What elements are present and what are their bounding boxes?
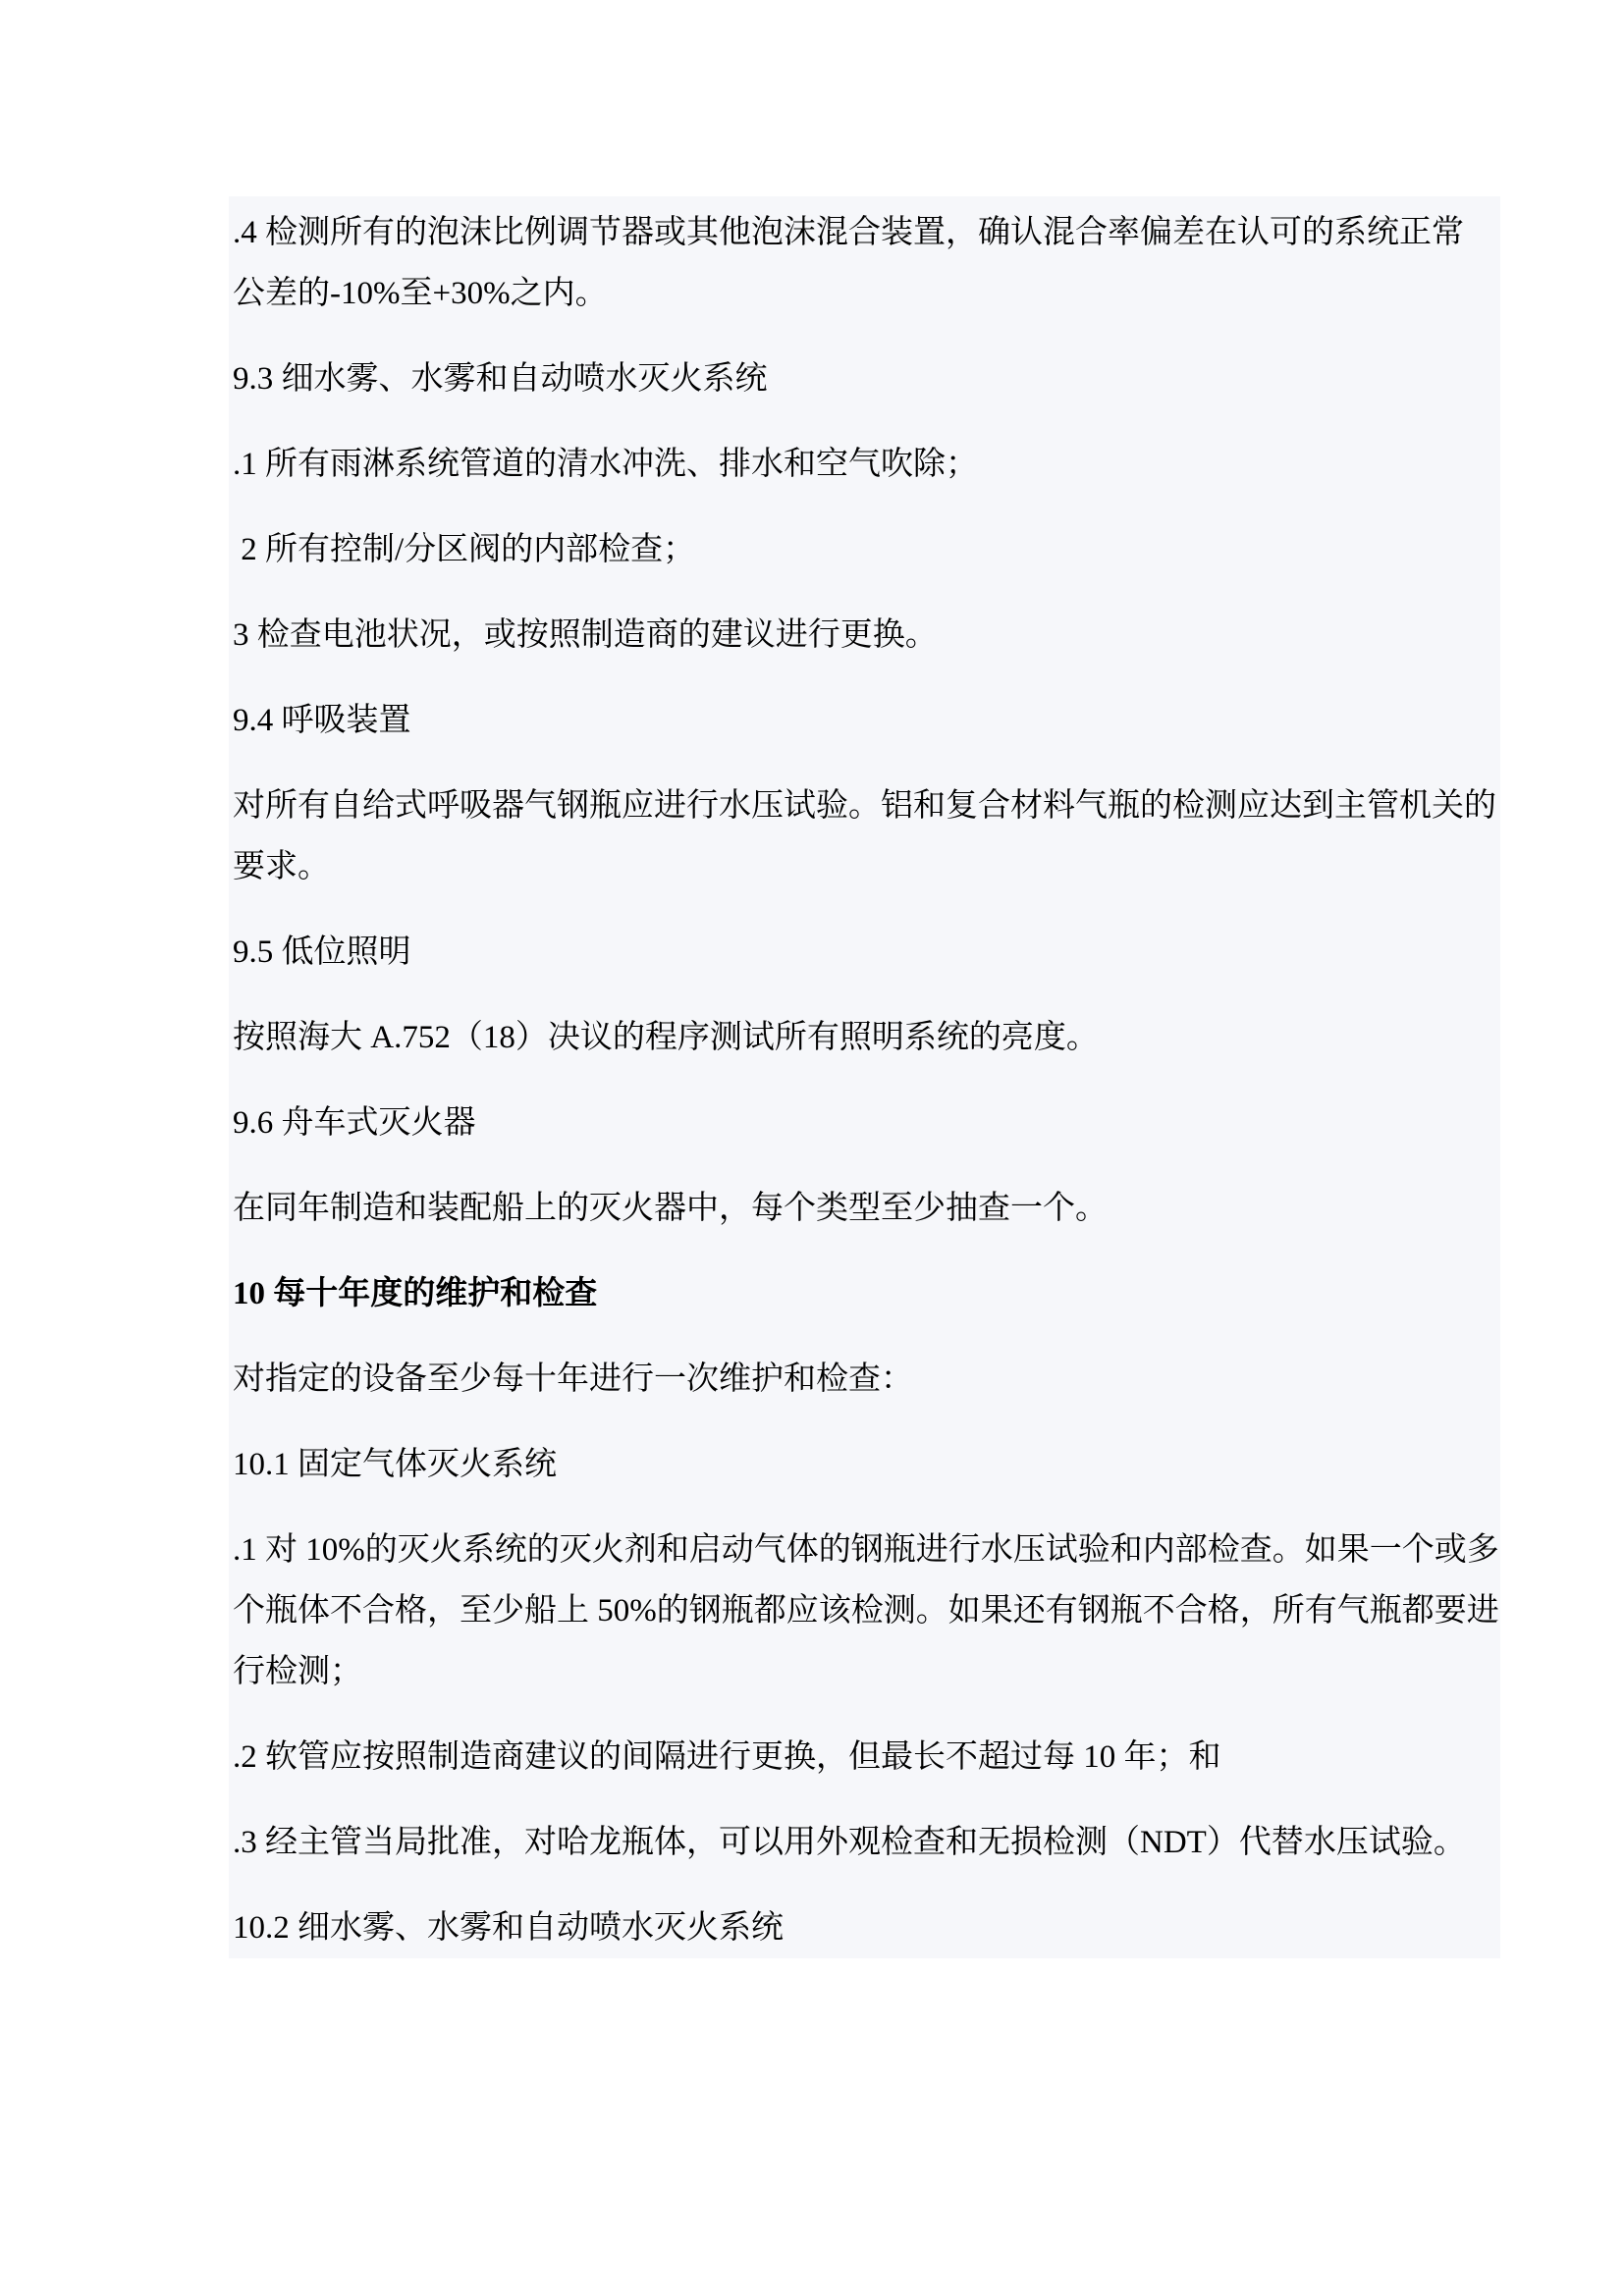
section-heading-line: 9.6 舟车式灭火器 [233, 1093, 1500, 1153]
section-heading-line: 9.5 低位照明 [233, 922, 1500, 983]
text-line: 对所有自给式呼吸器气钢瓶应进行水压试验。铝和复合材料气瓶的检测应达到主管机关的 [233, 775, 1500, 836]
section-heading-line: 10.2 细水雾、水雾和自动喷水灭火系统 [233, 1897, 1500, 1958]
section-heading-line: 9.4 呼吸装置 [233, 690, 1500, 751]
text-line: 2 所有控制/分区阀的内部检查； [233, 519, 1500, 580]
section-heading-line: 10 每十年度的维护和检查 [233, 1263, 1500, 1324]
text-line: 公差的-10%至+30%之内。 [233, 263, 1500, 324]
text-line: 要求。 [233, 836, 1500, 897]
document-page: .4 检测所有的泡沫比例调节器或其他泡沫混合装置，确认混合率偏差在认可的系统正常… [0, 0, 1624, 2296]
text-line: 在同年制造和装配船上的灭火器中，每个类型至少抽查一个。 [233, 1178, 1500, 1239]
section-heading-line: 9.3 细水雾、水雾和自动喷水灭火系统 [233, 348, 1500, 409]
text-line: 个瓶体不合格，至少船上 50%的钢瓶都应该检测。如果还有钢瓶不合格，所有气瓶都要… [233, 1580, 1500, 1641]
text-line: 按照海大 A.752（18）决议的程序测试所有照明系统的亮度。 [233, 1007, 1500, 1068]
text-line: .1 所有雨淋系统管道的清水冲洗、排水和空气吹除； [233, 434, 1500, 495]
text-line: .4 检测所有的泡沫比例调节器或其他泡沫混合装置，确认混合率偏差在认可的系统正常 [233, 202, 1500, 263]
text-line: .1 对 10%的灭火系统的灭火剂和启动气体的钢瓶进行水压试验和内部检查。如果一… [233, 1520, 1500, 1580]
text-line: 3 检查电池状况，或按照制造商的建议进行更换。 [233, 605, 1500, 666]
document-text-block: .4 检测所有的泡沫比例调节器或其他泡沫混合装置，确认混合率偏差在认可的系统正常… [229, 196, 1500, 1958]
text-line: .3 经主管当局批准，对哈龙瓶体，可以用外观检查和无损检测（NDT）代替水压试验… [233, 1812, 1500, 1873]
text-line: 行检测； [233, 1641, 1500, 1702]
text-line: .2 软管应按照制造商建议的间隔进行更换，但最长不超过每 10 年；和 [233, 1727, 1500, 1788]
text-line: 对指定的设备至少每十年进行一次维护和检查： [233, 1349, 1500, 1410]
section-heading-line: 10.1 固定气体灭火系统 [233, 1434, 1500, 1495]
